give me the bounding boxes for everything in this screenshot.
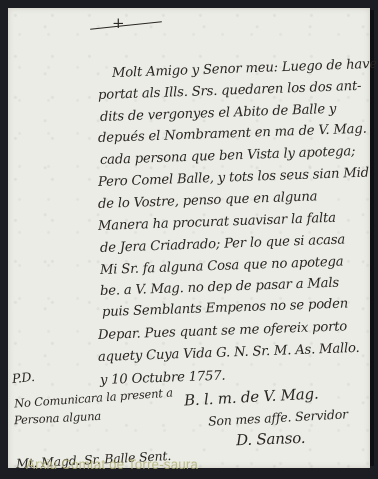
page-edge <box>370 10 374 466</box>
archive-watermark: Arxiu Comtat de Torre-saura <box>26 457 198 472</box>
postscript-label: P.D. <box>11 369 35 386</box>
header-cross-mark: + <box>112 14 124 32</box>
signature: D. Sanso. <box>236 429 306 449</box>
